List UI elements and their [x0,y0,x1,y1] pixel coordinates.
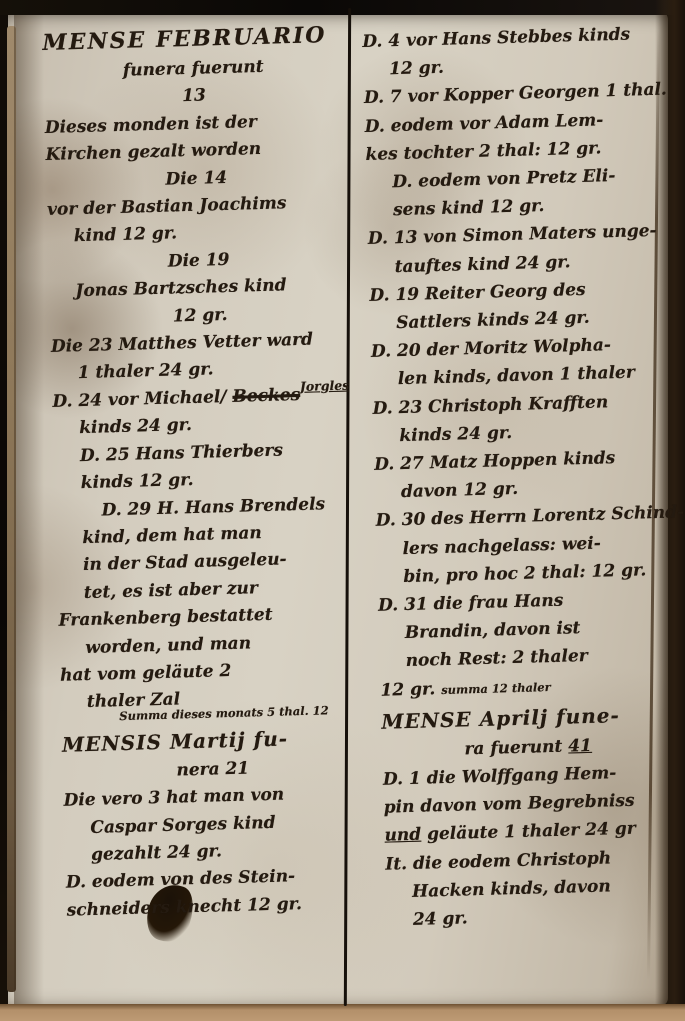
manuscript-photo: MENSE FEBRUARIOfunera fuerunt13Dieses mo… [0,0,685,1021]
manuscript-annotation: 41 [568,736,592,757]
manuscript-text: D. 24 vor Michael/ [52,387,233,412]
manuscript-annotation: summa 12 thaler [441,680,551,697]
top-page-shadow [0,0,685,15]
gutter-shadow [14,12,44,1004]
manuscript-text: 12 gr. [380,679,441,701]
manuscript-annotation: und [384,825,421,846]
manuscript-annotation: Beckes [232,385,300,407]
manuscript-text: geläute 1 thaler 24 gr [421,819,636,845]
manuscript-text: ra fuerunt [464,736,568,759]
table-surface [0,1004,685,1021]
left-column: MENSE FEBRUARIOfunera fuerunt13Dieses mo… [42,18,367,925]
right-column: D. 4 vor Hans Stebbes kinds12 gr.D. 7 vo… [362,20,679,935]
manuscript-annotation: Jorgles [300,377,350,393]
